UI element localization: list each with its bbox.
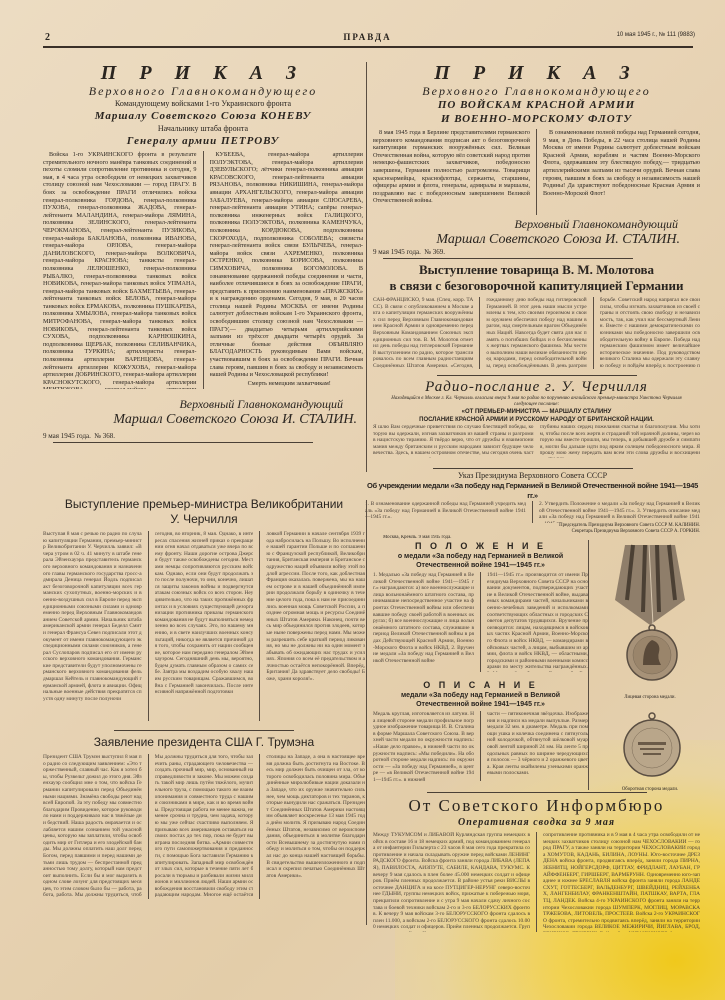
header-rule (43, 46, 693, 48)
churchill-speech: Выступление премьер-министра Великобрита… (43, 497, 365, 727)
decree-col2: 2. Утвердить Положение о медали «За побе… (539, 501, 700, 523)
molotov-headline-1: Выступление товарища В. М. Молотова (373, 262, 700, 278)
churchill-speech-headline-1: Выступление премьер-министра Великобрита… (43, 497, 365, 512)
order-title: П Р И К А З (43, 62, 363, 84)
divider (433, 468, 633, 469)
sovinformburo-col2: сопротивление противника и в 9 мая в 4 ч… (543, 832, 700, 932)
order-konev: П Р И К А З Верховного Главнокомандующег… (43, 62, 363, 472)
order-subtitle: Верховного Главнокомандующего (373, 84, 700, 98)
decree-kicker: Указ Президиума Верховного Совета СССР (365, 471, 700, 481)
signature-name: Маршал Советского Союза И. СТАЛИН. (373, 231, 700, 248)
column-divider (536, 832, 537, 932)
order-victory-col1: 8 мая 1945 года в Берлине представителям… (373, 129, 530, 215)
column-divider (366, 500, 367, 925)
column-divider (259, 754, 260, 899)
churchill-speech-col3: ловкой Германии в начале сентября 1939 г… (266, 531, 365, 721)
column-divider (536, 129, 537, 215)
truman-col1: Президент США Трумэн выступил 8 мая по р… (43, 754, 142, 899)
sovinformburo-subhead: Оперативная сводка за 9 мая (373, 816, 700, 829)
order-victory-col2: В ознаменование полной победы над Герман… (543, 129, 700, 215)
column-divider (480, 572, 481, 672)
churchill-message: Радио-послание г. У. Черчилля Находящийс… (373, 375, 700, 465)
truman-col3: столицы на Западе, а она в настоящее вре… (266, 754, 365, 899)
medal-decree: Указ Президиума Верховного Совета СССР О… (365, 468, 700, 538)
truman-col2: Мы должны трудиться для того, чтобы зале… (155, 754, 254, 899)
medal-back-icon (605, 710, 695, 782)
divider (383, 258, 633, 259)
molotov-col2: гожданному дню победы над гитлеровской Г… (486, 297, 586, 369)
message-col2: глубины наших сердец пожелания счастья и… (540, 424, 701, 458)
order-title: П Р И К А З (373, 62, 700, 84)
column-divider (148, 754, 149, 899)
churchill-message-intro: Находящийся в Москве г. Кл. Черчилль огл… (373, 396, 700, 408)
truman-statement: Заявление президента США Г. Трумэна През… (43, 730, 365, 930)
addressee-line-1: ПО ВОЙСКАМ КРАСНОЙ АРМИИ (373, 98, 700, 112)
source-tass: (ТАСС). (547, 457, 566, 458)
churchill-message-headline: Радио-послание г. У. Черчилля (373, 379, 700, 396)
signature-name: Маршал Советского Союза И. СТАЛИН. (43, 411, 363, 428)
description-title: О П И С А Н И Е (373, 680, 588, 691)
divider (437, 375, 637, 376)
regulation-col1: 1. Медалью «За победу над Германией в Ве… (373, 572, 474, 672)
description-subtitle: медали «За победу над Германией в Велико… (373, 691, 588, 709)
description-col2: части — пятиконечная звёздочка. Изображе… (487, 711, 588, 781)
order-date: 9 мая 1945 года. № 368. (43, 432, 363, 440)
column-divider (480, 711, 481, 781)
medal-front-icon (605, 540, 695, 690)
message-title-1: «ОТ ПРЕМЬЕР-МИНИСТРА — МАРШАЛУ СТАЛИНУ (373, 408, 700, 416)
order-victory: П Р И К А З Верховного Главнокомандующег… (373, 62, 700, 267)
order-konev-col1: Войска 1-го УКРАИНСКОГО фронта в результ… (43, 151, 197, 389)
medal-front-caption: Лицевая сторона медали. (605, 695, 695, 701)
truman-headline: Заявление президента США Г. Трумэна (43, 735, 365, 750)
signature-title: Верховный Главнокомандующий (43, 397, 363, 411)
closing-line: Смерть немецким захватчикам! (210, 380, 364, 388)
medal-description: О П И С А Н И Е медали «За победу над Ге… (373, 680, 588, 792)
order-subtitle: Верховного Главнокомандующего (43, 84, 363, 98)
newspaper-name: ПРАВДА (35, 32, 700, 42)
page-header: 2 ПРАВДА 10 мая 1945 г., № 111 (9883) (35, 30, 700, 46)
column-divider (532, 501, 533, 523)
addressee-line-2: И ВОЕННО-МОРСКОМУ ФЛОТУ (373, 112, 700, 126)
page-content: 2 ПРАВДА 10 мая 1945 г., № 111 (9883) П … (35, 0, 700, 1000)
column-divider (366, 62, 367, 472)
issue-info: 10 мая 1945 г., № 111 (9883) (617, 32, 695, 38)
message-col1: Я шлю Вам сердечные приветствия по случа… (373, 424, 534, 458)
regulation-subtitle: о медали «За победу над Германией в Вели… (373, 552, 588, 570)
addressee-petrov: Генералу армии ПЕТРОВУ (43, 134, 363, 148)
order-date: 9 мая 1945 года. № 369. (373, 248, 700, 256)
medal-front: Лицевая сторона медали. (605, 540, 695, 710)
divider (53, 442, 313, 443)
addressee-konev: Маршалу Советского Союза КОНЕВУ (43, 109, 363, 123)
medal-back: Оборотная сторона медали. (605, 710, 695, 800)
message-title-2: ПОСЛАНИЕ КРАСНОЙ АРМИИ И РУССКОМУ НАРОДУ… (373, 416, 700, 424)
molotov-headline-2: в связи с безоговорочной капитуляцией Ге… (373, 278, 700, 294)
addressee-line: Командующему войсками 1-го Украинского ф… (43, 98, 363, 109)
column-divider (479, 297, 480, 369)
medal-regulation: Москва, Кремль. 9 мая 1945 года. П О Л О… (373, 535, 588, 680)
molotov-article: Выступление товарища В. М. Молотова в св… (373, 262, 700, 372)
column-divider (148, 531, 149, 721)
molotov-col3: борьбе. Советский народ напрягал все сво… (600, 297, 700, 369)
churchill-speech-col2: сегодня, во вторник, 8 мая. Однако, в ин… (155, 531, 254, 721)
regulation-col2: 1941—1945 гг.» производится от имени Пре… (487, 572, 588, 672)
column-divider (203, 151, 204, 389)
churchill-speech-col1: Выступая 8 мая с речью по радио по случа… (43, 531, 142, 721)
column-divider (259, 531, 260, 721)
decree-col1: 1. В ознаменование одержанной победы над… (365, 501, 526, 523)
churchill-speech-headline-2: У. Черчилля (43, 512, 365, 527)
column-divider (588, 540, 589, 790)
sovinformburo-col1: Между ТУКУМСОМ и ЛИБАВОЙ Курляндская гру… (373, 832, 530, 932)
divider (427, 792, 647, 793)
column-divider (593, 297, 594, 369)
molotov-col1: САН-ФРАНЦИСКО, 9 мая. (Спец. корр. ТАСС)… (373, 297, 473, 369)
addressee-line-2: Начальнику штаба фронта (43, 123, 363, 134)
signature-title: Верховный Главнокомандующий (373, 217, 700, 231)
description-col1: Медаль круглая, изготовляется из латуни.… (373, 711, 474, 781)
regulation-title: П О Л О Ж Е Н И Е (373, 541, 588, 552)
sovinformburo-headline: От Советского Информбюро (373, 796, 700, 816)
sovinformburo: От Советского Информбюро Оперативная сво… (373, 792, 700, 952)
order-konev-col2: КУБЕЕВА, генерал-майора артиллерии ПОЛУЭ… (210, 151, 364, 389)
decree-headline: Об учреждении медали «За победу над Герм… (365, 481, 700, 501)
divider (114, 730, 294, 731)
